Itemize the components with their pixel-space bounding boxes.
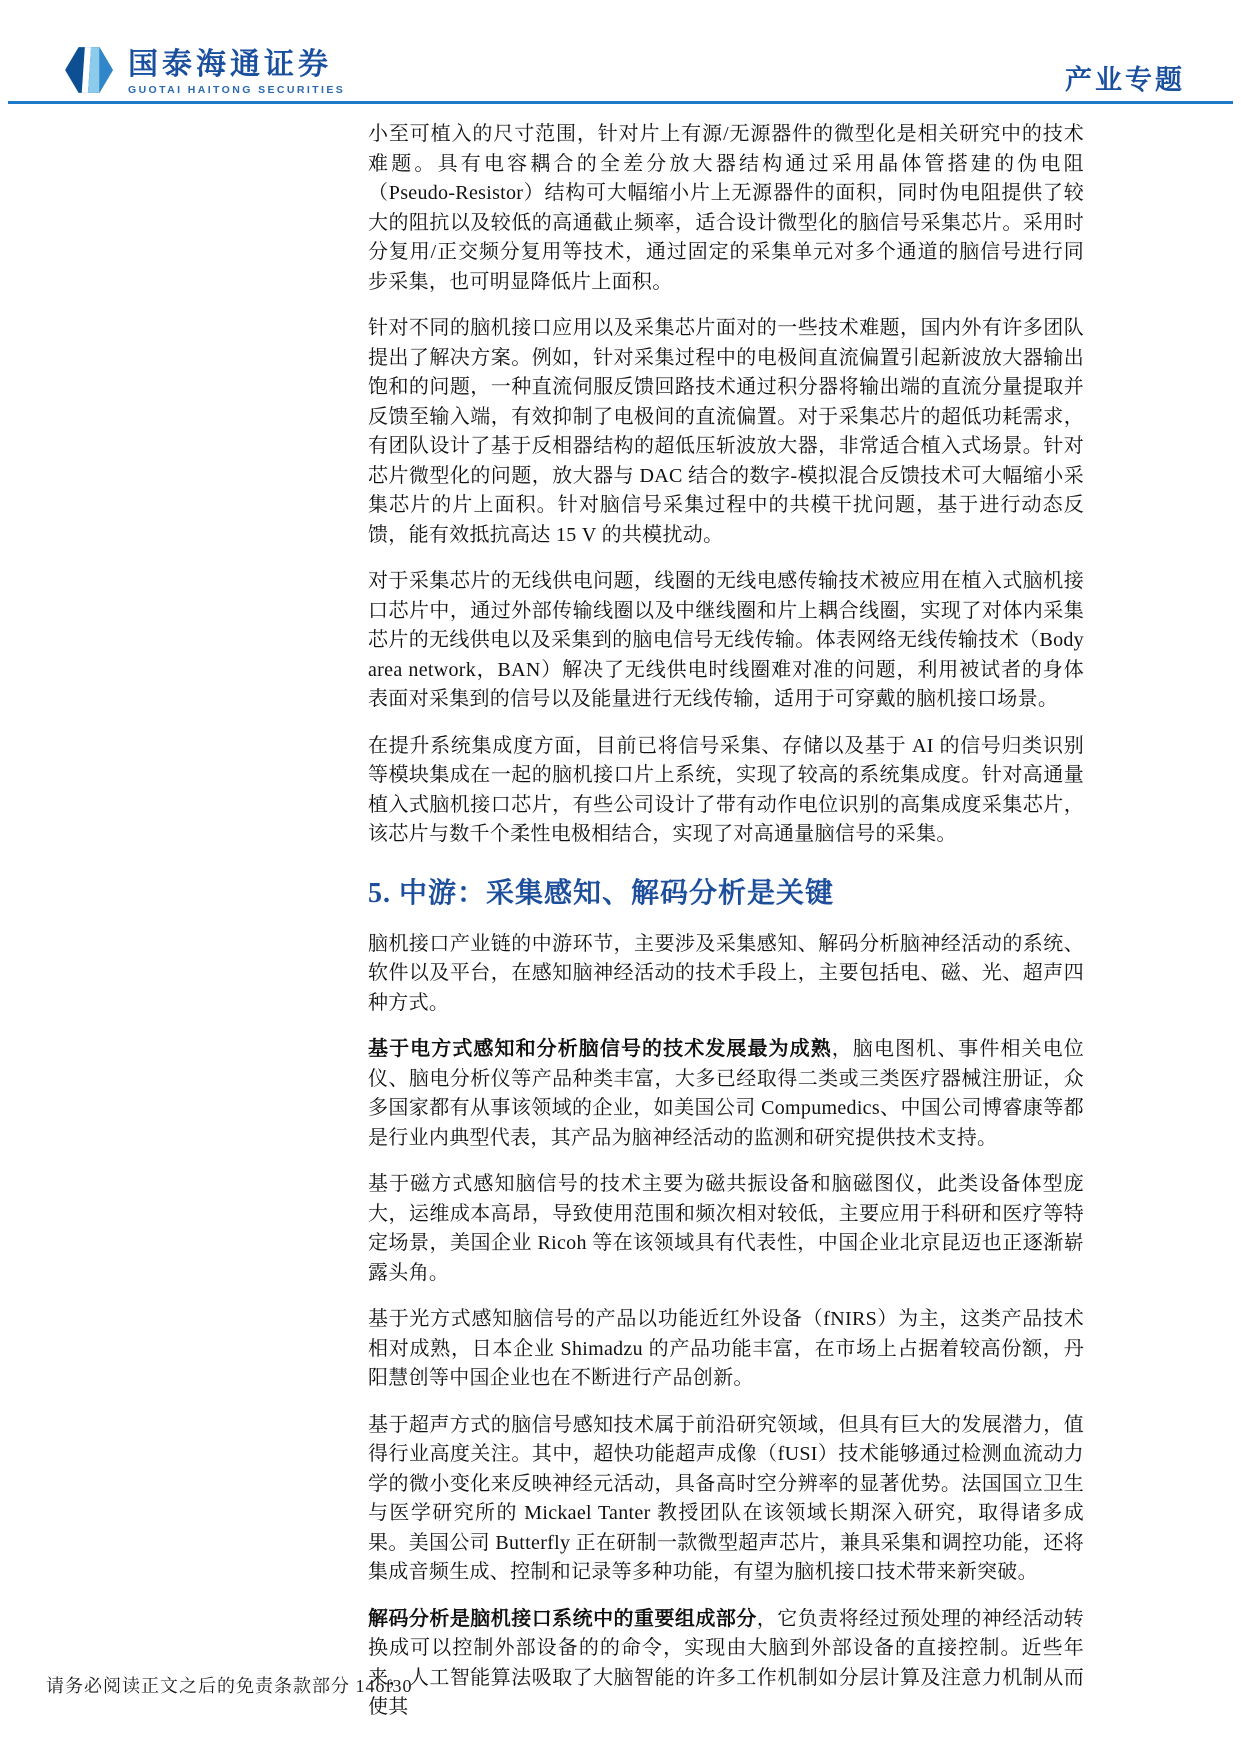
paragraph-text: 对于采集芯片的无线供电问题，线圈的无线电感传输技术被应用在植入式脑机接口芯片中，… <box>368 570 1084 710</box>
paragraph: 基于电方式感知和分析脑信号的技术发展最为成熟，脑电图机、事件相关电位仪、脑电分析… <box>368 1035 1084 1153</box>
footer-disclaimer: 请务必阅读正文之后的免责条款部分 <box>46 1676 350 1696</box>
paragraph: 在提升系统集成度方面，目前已将信号采集、存储以及基于 AI 的信号归类识别等模块… <box>368 732 1084 850</box>
paragraph-text: 脑机接口产业链的中游环节，主要涉及采集感知、解码分析脑神经活动的系统、软件以及平… <box>368 933 1084 1014</box>
section-heading: 5. 中游：采集感知、解码分析是关键 <box>368 876 1084 912</box>
paragraph: 对于采集芯片的无线供电问题，线圈的无线电感传输技术被应用在植入式脑机接口芯片中，… <box>368 567 1084 715</box>
logo-name-en: GUOTAI HAITONG SECURITIES <box>128 85 345 96</box>
paragraph-text: 在提升系统集成度方面，目前已将信号采集、存储以及基于 AI 的信号归类识别等模块… <box>368 735 1084 846</box>
page-footer: 请务必阅读正文之后的免责条款部分 14of30 <box>46 1672 413 1698</box>
report-type-label: 产业专题 <box>1065 58 1185 97</box>
paragraph-text: 小至可植入的尺寸范围，针对片上有源/无源器件的微型化是相关研究中的技术难题。具有… <box>368 123 1084 293</box>
paragraph-text: 基于磁方式感知脑信号的技术主要为磁共振设备和脑磁图仪，此类设备体型庞大，运维成本… <box>368 1173 1084 1284</box>
paragraph: 小至可植入的尺寸范围，针对片上有源/无源器件的微型化是相关研究中的技术难题。具有… <box>368 120 1084 297</box>
logo-name-cn: 国泰海通证券 <box>128 50 345 80</box>
paragraph: 脑机接口产业链的中游环节，主要涉及采集感知、解码分析脑神经活动的系统、软件以及平… <box>368 930 1084 1019</box>
paragraph: 解码分析是脑机接口系统中的重要组成部分，它负责将经过预处理的神经活动转换成可以控… <box>368 1605 1084 1723</box>
paragraph-text: 基于超声方式的脑信号感知技术属于前沿研究领域，但具有巨大的发展潜力，值得行业高度… <box>368 1414 1084 1584</box>
logo-text: 国泰海通证券 GUOTAI HAITONG SECURITIES <box>128 50 345 96</box>
paragraph-bold-lead: 基于电方式感知和分析脑信号的技术发展最为成熟 <box>368 1038 832 1060</box>
page-header: 国泰海通证券 GUOTAI HAITONG SECURITIES 产业专题 <box>62 42 1185 102</box>
footer-page-number: 14of30 <box>356 1676 413 1696</box>
report-page: 国泰海通证券 GUOTAI HAITONG SECURITIES 产业专题 小至… <box>0 0 1241 1754</box>
paragraph: 针对不同的脑机接口应用以及采集芯片面对的一些技术难题，国内外有许多团队提出了解决… <box>368 314 1084 550</box>
paragraph: 基于光方式感知脑信号的产品以功能近红外设备（fNIRS）为主，这类产品技术相对成… <box>368 1305 1084 1394</box>
logo-gem-icon <box>62 44 116 101</box>
paragraph-text: 针对不同的脑机接口应用以及采集芯片面对的一些技术难题，国内外有许多团队提出了解决… <box>368 317 1084 546</box>
company-logo: 国泰海通证券 GUOTAI HAITONG SECURITIES <box>62 44 345 101</box>
paragraph: 基于超声方式的脑信号感知技术属于前沿研究领域，但具有巨大的发展潜力，值得行业高度… <box>368 1411 1084 1588</box>
paragraph: 基于磁方式感知脑信号的技术主要为磁共振设备和脑磁图仪，此类设备体型庞大，运维成本… <box>368 1170 1084 1288</box>
paragraph-text: 基于光方式感知脑信号的产品以功能近红外设备（fNIRS）为主，这类产品技术相对成… <box>368 1308 1084 1389</box>
header-divider <box>8 101 1233 104</box>
paragraph-bold-lead: 解码分析是脑机接口系统中的重要组成部分 <box>368 1608 757 1630</box>
document-body: 小至可植入的尺寸范围，针对片上有源/无源器件的微型化是相关研究中的技术难题。具有… <box>368 120 1084 1740</box>
